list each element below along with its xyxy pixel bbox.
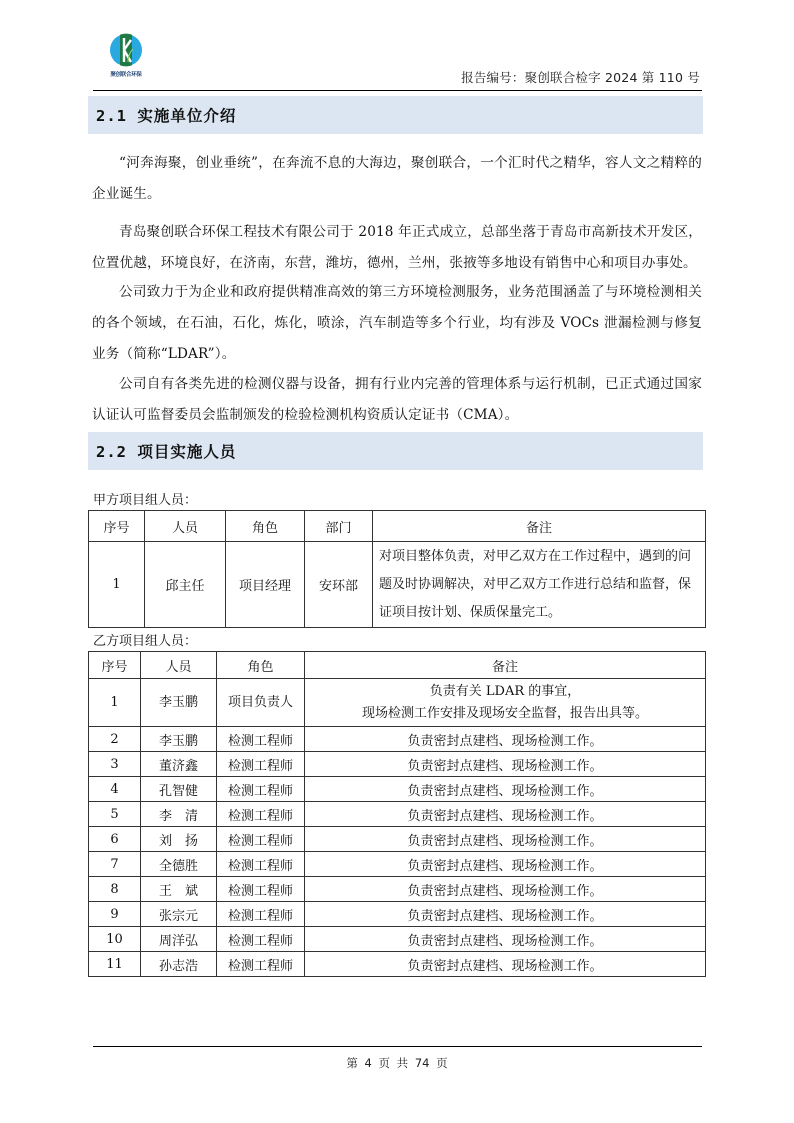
cell-no: 4: [89, 777, 141, 802]
table-row: 9 张宗元 检测工程师 负责密封点建档、现场检测工作。: [89, 902, 706, 927]
cell-note: 负责密封点建档、现场检测工作。: [305, 877, 706, 902]
table-row: 7 全德胜 检测工程师 负责密封点建档、现场检测工作。: [89, 852, 706, 877]
cell-person: 全德胜: [141, 852, 217, 877]
cell-note: 对项目整体负责，对甲乙双方在工作过程中，遇到的问题及时协调解决，对甲乙双方工作进…: [373, 542, 706, 628]
cell-role: 检测工程师: [217, 827, 305, 852]
table-row: 2 李玉鹏 检测工程师 负责密封点建档、现场检测工作。: [89, 727, 706, 752]
cell-role: 检测工程师: [217, 877, 305, 902]
cell-note: 负责密封点建档、现场检测工作。: [305, 827, 706, 852]
note-line-1: 负责有关 LDAR 的事宜，: [309, 681, 701, 703]
table-header-row: 序号 人员 角色 备注: [89, 652, 706, 679]
cell-person: 张宗元: [141, 902, 217, 927]
cell-person: 李 清: [141, 802, 217, 827]
table-row: 4 孔智健 检测工程师 负责密封点建档、现场检测工作。: [89, 777, 706, 802]
cell-no: 9: [89, 902, 141, 927]
header-no: 序号: [89, 652, 141, 679]
note-line-2: 现场检测工作安排及现场安全监督，报告出具等。: [309, 703, 701, 725]
cell-no: 8: [89, 877, 141, 902]
header-dept: 部门: [305, 511, 373, 542]
table-row: 6 刘 扬 检测工程师 负责密封点建档、现场检测工作。: [89, 827, 706, 852]
header-role: 角色: [226, 511, 305, 542]
party-b-caption: 乙方项目组人员：: [93, 630, 197, 649]
cell-note: 负责密封点建档、现场检测工作。: [305, 852, 706, 877]
cell-role: 检测工程师: [217, 952, 305, 977]
cell-role: 检测工程师: [217, 927, 305, 952]
table-row: 11 孙志浩 检测工程师 负责密封点建档、现场检测工作。: [89, 952, 706, 977]
header-role: 角色: [217, 652, 305, 679]
cell-person: 邱主任: [145, 542, 226, 628]
party-a-caption: 甲方项目组人员：: [93, 489, 197, 508]
paragraph-intro: “河奔海聚，创业垂统”，在奔流不息的大海边，聚创联合，一个汇时代之精华，容人文之…: [92, 148, 702, 210]
cell-no: 1: [89, 542, 145, 628]
section-heading-2-2: 2.2 项目实施人员: [88, 432, 703, 470]
cell-note: 负责密封点建档、现场检测工作。: [305, 777, 706, 802]
header-note: 备注: [305, 652, 706, 679]
party-a-table: 序号 人员 角色 部门 备注 1 邱主任 项目经理 安环部 对项目整体负责，对甲…: [88, 510, 706, 628]
cell-note: 负责密封点建档、现场检测工作。: [305, 902, 706, 927]
company-logo: 聚创联合环保: [106, 32, 146, 84]
cell-note: 负责密封点建档、现场检测工作。: [305, 752, 706, 777]
cell-note: 负责密封点建档、现场检测工作。: [305, 802, 706, 827]
table-row: 10 周洋弘 检测工程师 负责密封点建档、现场检测工作。: [89, 927, 706, 952]
cell-person: 刘 扬: [141, 827, 217, 852]
cell-role: 检测工程师: [217, 727, 305, 752]
cell-no: 2: [89, 727, 141, 752]
paragraph-company: 青岛聚创联合环保工程技术有限公司于 2018 年正式成立，总部坐落于青岛市高新技…: [92, 217, 702, 279]
cell-person: 孔智健: [141, 777, 217, 802]
footer-divider: [93, 1046, 702, 1047]
cell-role: 检测工程师: [217, 777, 305, 802]
table-row: 3 董济鑫 检测工程师 负责密封点建档、现场检测工作。: [89, 752, 706, 777]
cell-no: 6: [89, 827, 141, 852]
cell-person: 董济鑫: [141, 752, 217, 777]
cell-no: 3: [89, 752, 141, 777]
header-divider: [93, 90, 702, 91]
cell-no: 1: [89, 679, 141, 727]
cell-no: 11: [89, 952, 141, 977]
table-header-row: 序号 人员 角色 部门 备注: [89, 511, 706, 542]
cell-person: 李玉鹏: [141, 679, 217, 727]
cell-person: 孙志浩: [141, 952, 217, 977]
header-person: 人员: [145, 511, 226, 542]
paragraph-certification: 公司自有各类先进的检测仪器与设备，拥有行业内完善的管理体系与运行机制，已正式通过…: [92, 369, 702, 431]
header-no: 序号: [89, 511, 145, 542]
section-heading-2-1: 2.1 实施单位介绍: [88, 96, 703, 134]
cell-note: 负责密封点建档、现场检测工作。: [305, 952, 706, 977]
cell-person: 王 斌: [141, 877, 217, 902]
page-number: 第 4 页 共 74 页: [0, 1055, 794, 1071]
cell-role: 检测工程师: [217, 852, 305, 877]
table-row: 8 王 斌 检测工程师 负责密封点建档、现场检测工作。: [89, 877, 706, 902]
cell-note: 负责有关 LDAR 的事宜， 现场检测工作安排及现场安全监督，报告出具等。: [305, 679, 706, 727]
cell-role: 检测工程师: [217, 802, 305, 827]
header-person: 人员: [141, 652, 217, 679]
cell-no: 7: [89, 852, 141, 877]
cell-note: 负责密封点建档、现场检测工作。: [305, 927, 706, 952]
cell-no: 10: [89, 927, 141, 952]
cell-role: 检测工程师: [217, 902, 305, 927]
cell-dept: 安环部: [305, 542, 373, 628]
cell-role: 项目负责人: [217, 679, 305, 727]
cell-role: 项目经理: [226, 542, 305, 628]
table-row: 5 李 清 检测工程师 负责密封点建档、现场检测工作。: [89, 802, 706, 827]
cell-person: 周洋弘: [141, 927, 217, 952]
party-b-table: 序号 人员 角色 备注 1 李玉鹏 项目负责人 负责有关 LDAR 的事宜， 现…: [88, 651, 706, 977]
paragraph-services: 公司致力于为企业和政府提供精准高效的第三方环境检测服务，业务范围涵盖了与环境检测…: [92, 277, 702, 370]
header-note: 备注: [373, 511, 706, 542]
cell-no: 5: [89, 802, 141, 827]
logo-caption: 聚创联合环保: [104, 70, 148, 78]
cell-note: 负责密封点建档、现场检测工作。: [305, 727, 706, 752]
cell-role: 检测工程师: [217, 752, 305, 777]
report-number: 报告编号：聚创联合检字 2024 第 110 号: [461, 68, 700, 86]
table-row: 1 邱主任 项目经理 安环部 对项目整体负责，对甲乙双方在工作过程中，遇到的问题…: [89, 542, 706, 628]
table-row: 1 李玉鹏 项目负责人 负责有关 LDAR 的事宜， 现场检测工作安排及现场安全…: [89, 679, 706, 727]
cell-person: 李玉鹏: [141, 727, 217, 752]
